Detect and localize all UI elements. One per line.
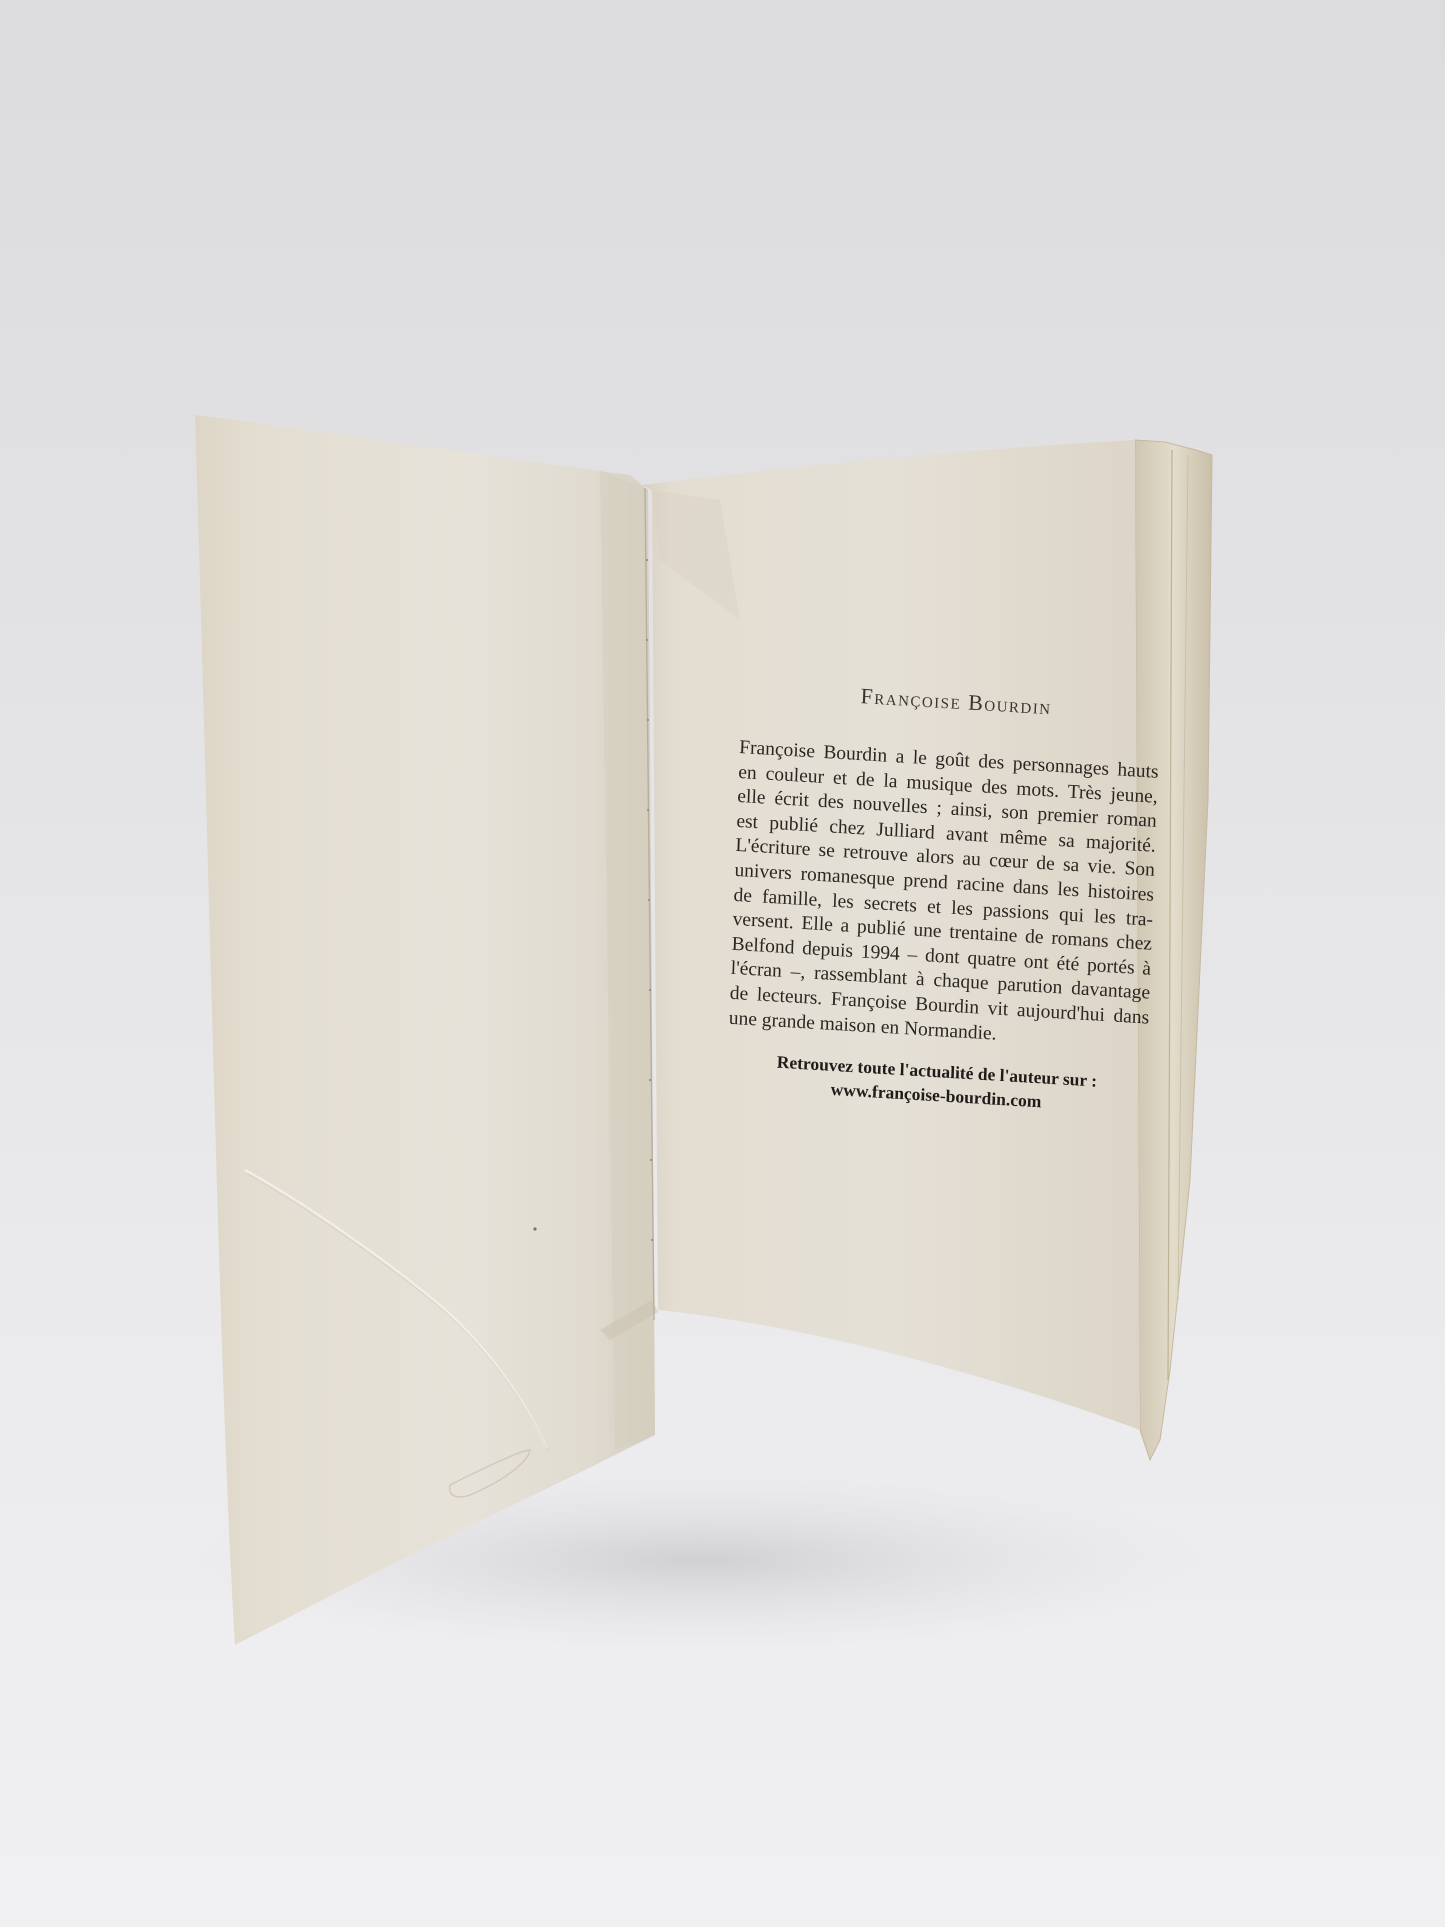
bio-paragraph: Françoise Bourdin a le goût des personna… [728, 736, 1159, 1056]
left-page [195, 415, 655, 1645]
photo-scene: Françoise Bourdin Françoise Bourdin a le… [0, 0, 1445, 1927]
author-bio-block: Françoise Bourdin Françoise Bourdin a le… [726, 676, 1161, 1120]
open-book [0, 0, 1445, 1927]
